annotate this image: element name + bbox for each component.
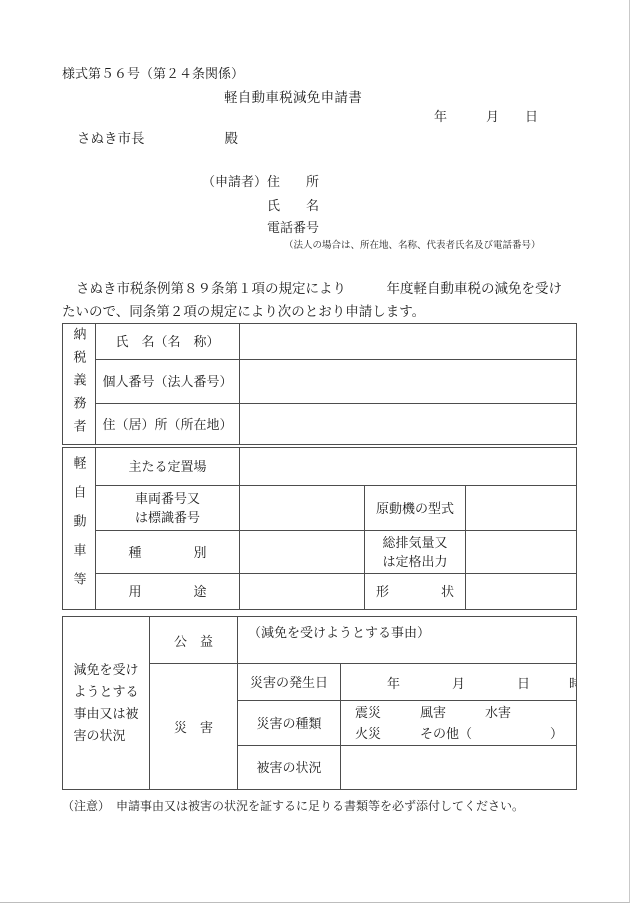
vehicle-number-value-cell	[240, 486, 365, 531]
taxpayer-vertical-header-text: 納税義務者	[73, 327, 86, 442]
engine-model-label: 原動機の型式	[365, 486, 466, 531]
disaster-type-line1: 震災 風害 水害	[355, 702, 576, 723]
exemption-header-text: 減免を受け ようとする 事由又は被 害の状況	[73, 659, 138, 747]
vehicle-shape-value-cell	[466, 574, 577, 610]
form-number: 様式第５６号（第２４条関係）	[62, 63, 244, 82]
depot-value-cell	[240, 448, 577, 486]
public-benefit-label: 公 益	[150, 617, 238, 664]
applicant-name-label: 氏 名	[267, 195, 319, 214]
vehicle-number-label: 車両番号又 は標識番号	[96, 486, 240, 531]
vehicle-kind-label: 種 別	[96, 531, 240, 574]
taxpayer-vertical-header: 納税義務者	[63, 324, 96, 445]
honorific-label: 殿	[225, 131, 239, 146]
disaster-date-label: 災害の発生日	[238, 664, 341, 701]
disaster-date-value-cell: 年 月 日 時頃	[341, 664, 577, 701]
displacement-label: 総排気量又 は定格出力	[365, 531, 466, 574]
disaster-type-line2: 火災 その他（ ）	[355, 723, 576, 744]
vehicle-vertical-header-text: 軽自動車等	[73, 456, 86, 601]
damage-status-label: 被害の状況	[238, 746, 341, 790]
disaster-type-value-cell: 震災 風害 水害 火災 その他（ ）	[341, 701, 577, 746]
vehicle-shape-label: 形 状	[365, 574, 466, 610]
vehicle-use-value-cell	[240, 574, 365, 610]
taxpayer-name-label: 氏 名（名 称）	[96, 324, 240, 360]
taxpayer-name-value-cell	[240, 324, 577, 360]
public-benefit-content-cell: （減免を受けようとする事由）	[238, 617, 577, 664]
taxpayer-table: 納税義務者 氏 名（名 称） 個人番号（法人番号） 住（居）所（所在地）	[62, 323, 577, 445]
depot-label: 主たる定置場	[96, 448, 240, 486]
exemption-table: 減免を受け ようとする 事由又は被 害の状況 公 益 （減免を受けようとする事由…	[62, 616, 577, 790]
disaster-label: 災 害	[150, 664, 238, 790]
engine-model-value-cell	[466, 486, 577, 531]
body-paragraph-line1: さぬき市税条例第８９条第１項の規定により 年度軽自動車税の減免を受け	[76, 277, 562, 297]
addressee-name: さぬき市長	[77, 131, 145, 146]
displacement-value-cell	[466, 531, 577, 574]
disaster-type-label: 災害の種類	[238, 701, 341, 746]
vehicle-vertical-header: 軽自動車等	[63, 448, 96, 610]
taxpayer-number-value-cell	[240, 360, 577, 404]
application-form-page: 様式第５６号（第２４条関係） 軽自動車税減免申請書 年 月 日 さぬき市長殿 （…	[0, 0, 630, 903]
corporate-note: （法人の場合は、所在地、名称、代表者氏名及び電話番号）	[284, 237, 541, 251]
footer-note: （注意） 申請事由又は被害の状況を証するに足りる書類等を必ず添付してください。	[62, 797, 524, 814]
vehicle-table: 軽自動車等 主たる定置場 車両番号又 は標識番号 原動機の型式 種 別 総排気量…	[62, 447, 577, 610]
page-title: 軽自動車税減免申請書	[224, 86, 362, 106]
vehicle-use-label: 用 途	[96, 574, 240, 610]
applicant-address-line: （申請者）住 所	[202, 171, 319, 190]
addressee-line: さぬき市長殿	[77, 127, 238, 147]
damage-status-value-cell	[341, 746, 577, 790]
date-line: 年 月 日	[434, 106, 538, 125]
body-paragraph-line2: たいので、同条第２項の規定により次のとおり申請します。	[62, 300, 425, 320]
applicant-phone-label: 電話番号	[267, 217, 319, 236]
exemption-header-cell: 減免を受け ようとする 事由又は被 害の状況	[63, 617, 150, 790]
taxpayer-address-value-cell	[240, 404, 577, 445]
taxpayer-address-label: 住（居）所（所在地）	[96, 404, 240, 445]
taxpayer-number-label: 個人番号（法人番号）	[96, 360, 240, 404]
vehicle-kind-value-cell	[240, 531, 365, 574]
